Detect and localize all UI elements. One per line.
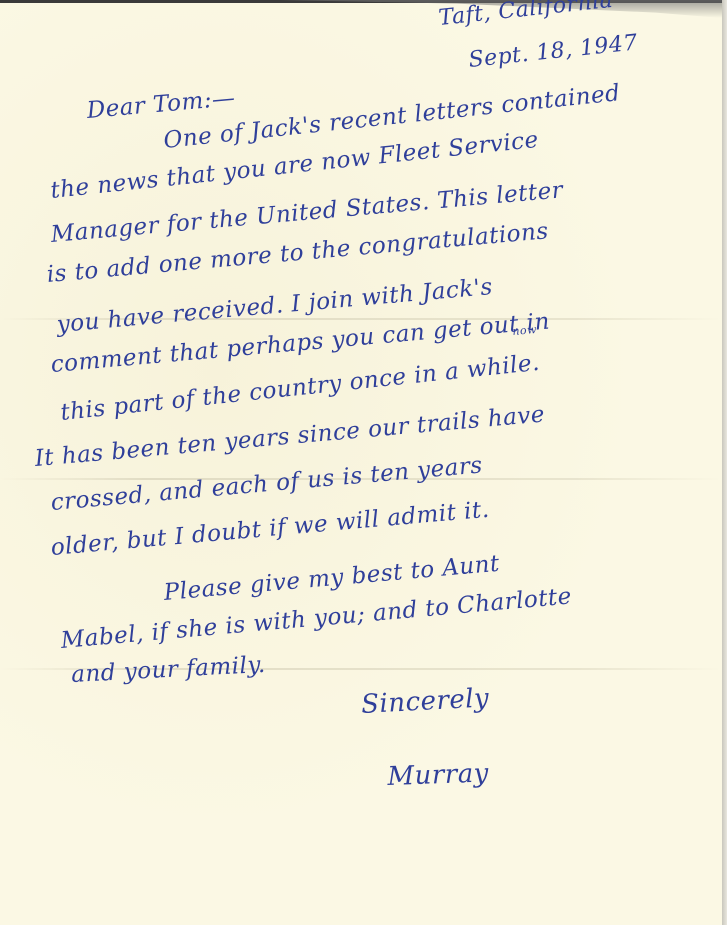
paper-right-edge [722,0,727,925]
letter-signature: Murray [387,758,489,792]
